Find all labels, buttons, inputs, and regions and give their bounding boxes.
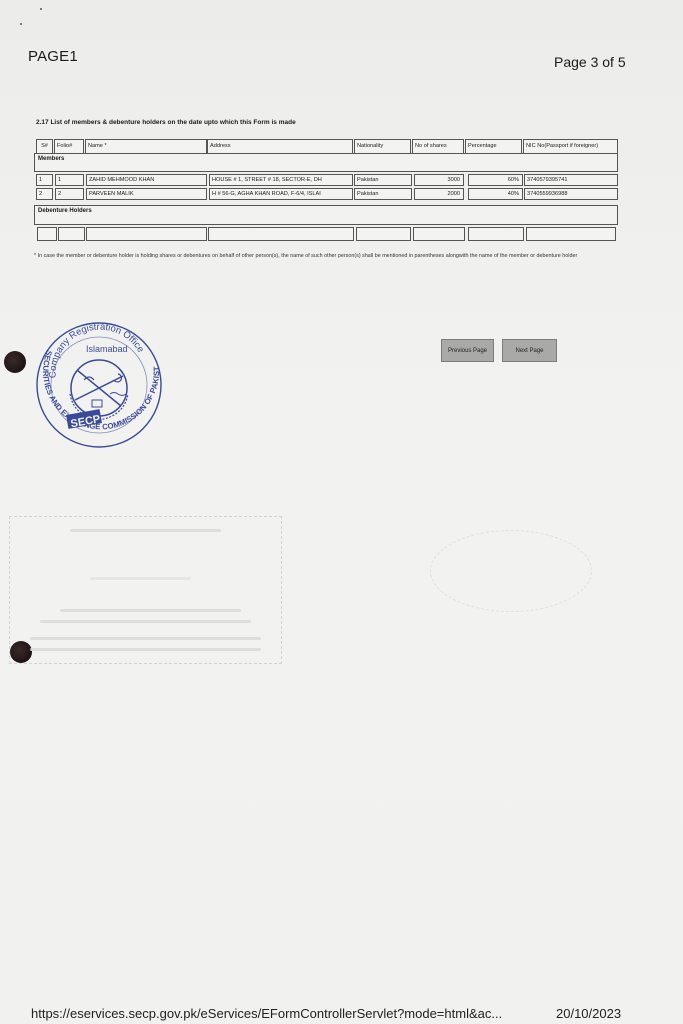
cell-sno: 1 <box>36 174 53 186</box>
cell-folio: 1 <box>55 174 84 186</box>
cell-folio: 2 <box>55 188 84 200</box>
empty-cell <box>208 227 354 241</box>
column-header-sno: S# <box>36 139 53 154</box>
cell-nic: 3740579395741 <box>524 174 618 186</box>
empty-cell <box>356 227 411 241</box>
bleed-through-stamp <box>9 516 282 664</box>
section-title: 2.17 List of members & debenture holders… <box>36 119 296 126</box>
column-header-shares: No of shares <box>412 139 464 154</box>
cell-nationality: Pakistan <box>354 188 412 200</box>
column-header-nic: NIC No(Passport if foreigner) <box>523 139 618 154</box>
speck <box>40 8 42 10</box>
cell-shares: 2000 <box>414 188 464 200</box>
cell-nationality: Pakistan <box>354 174 412 186</box>
document-page: PAGE1 Page 3 of 5 2.17 List of members &… <box>0 0 683 1024</box>
members-band: Members <box>34 153 618 172</box>
cell-shares: 3000 <box>414 174 464 186</box>
empty-cell <box>468 227 524 241</box>
punch-hole <box>4 351 26 373</box>
cell-nic: 3740559936988 <box>524 188 618 200</box>
cell-percentage: 60% <box>468 174 523 186</box>
footer-date: 20/10/2023 <box>556 1006 621 1021</box>
cell-name: ZAHID MEHMOOD KHAN <box>86 174 207 186</box>
bleed-through-seal <box>430 530 592 612</box>
column-header-address: Address <box>207 139 353 154</box>
cell-name: PARVEEN MALIK <box>86 188 207 200</box>
speck <box>20 23 22 25</box>
members-label: Members <box>38 156 64 162</box>
empty-cell <box>526 227 616 241</box>
cell-address: H # 56-G, AGHA KHAN ROAD, F-6/4, ISLAI <box>209 188 353 200</box>
empty-cell <box>413 227 465 241</box>
cell-sno: 2 <box>36 188 53 200</box>
footnote: * In case the member or debenture holder… <box>34 253 619 260</box>
column-header-percentage: Percentage <box>465 139 522 154</box>
column-header-folio: Folio# <box>54 139 84 154</box>
column-header-nationality: Nationality <box>354 139 411 154</box>
empty-cell <box>37 227 57 241</box>
previous-page-button[interactable]: Previous Page <box>441 339 494 362</box>
empty-cell <box>86 227 207 241</box>
page-number: Page 3 of 5 <box>554 54 626 70</box>
stamp-seal-icon: Company Registration Office Islamabad SE… <box>34 318 164 453</box>
debenture-band: Debenture Holders <box>34 205 618 225</box>
next-page-button[interactable]: Next Page <box>502 339 557 362</box>
cell-address: HOUSE # 1, STREET # 18, SECTOR-E, DH <box>209 174 353 186</box>
page-label: PAGE1 <box>28 48 78 65</box>
footer-url: https://eservices.secp.gov.pk/eServices/… <box>31 1006 502 1021</box>
secp-stamp: Company Registration Office Islamabad SE… <box>34 318 164 453</box>
svg-text:Islamabad: Islamabad <box>86 344 128 354</box>
empty-cell <box>58 227 85 241</box>
cell-percentage: 40% <box>468 188 523 200</box>
column-header-name: Name * <box>85 139 207 154</box>
debenture-label: Debenture Holders <box>38 208 92 214</box>
